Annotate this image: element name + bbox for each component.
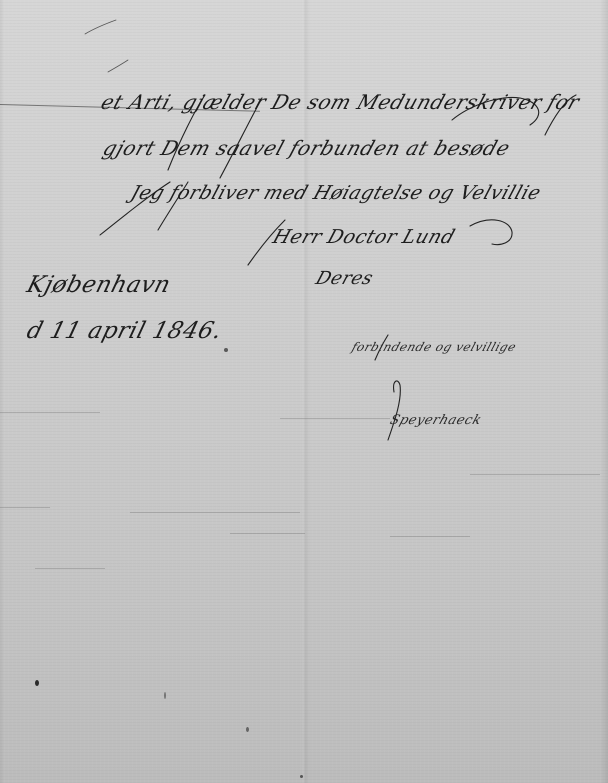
letter-line-1: et Arti, gjælder De som Medunderskriver … bbox=[98, 90, 583, 114]
ruled-line bbox=[130, 512, 300, 513]
pen-flourish bbox=[0, 0, 608, 783]
ruled-line bbox=[470, 474, 600, 475]
ruled-line bbox=[0, 507, 50, 508]
letter-place: Kjøbenhavn bbox=[24, 272, 174, 298]
letter-addressee: Herr Doctor Lund bbox=[270, 226, 458, 248]
ink-speck bbox=[164, 692, 166, 699]
ink-speck bbox=[35, 680, 39, 686]
scanned-letter-page: et Arti, gjælder De som Medunderskriver … bbox=[0, 0, 608, 783]
ruled-line bbox=[390, 536, 470, 537]
letter-line-3: Jeg forbliver med Høiagtelse og Velvilli… bbox=[128, 182, 544, 204]
ink-speck bbox=[224, 348, 228, 352]
ruled-line bbox=[35, 568, 105, 569]
letter-signature: Speyerhaeck bbox=[388, 413, 484, 428]
letter-closing: forbindende og velvillige bbox=[350, 340, 518, 354]
ruled-line bbox=[230, 533, 305, 534]
ruled-line bbox=[0, 412, 100, 413]
letter-date: d 11 april 1846. bbox=[24, 318, 225, 344]
ink-speck bbox=[300, 775, 303, 778]
ink-speck bbox=[246, 727, 249, 732]
letter-line-deres: Deres bbox=[313, 268, 376, 289]
letter-line-2: gjort Dem saavel forbunden at besøde bbox=[100, 136, 513, 160]
ruled-line bbox=[280, 418, 390, 419]
